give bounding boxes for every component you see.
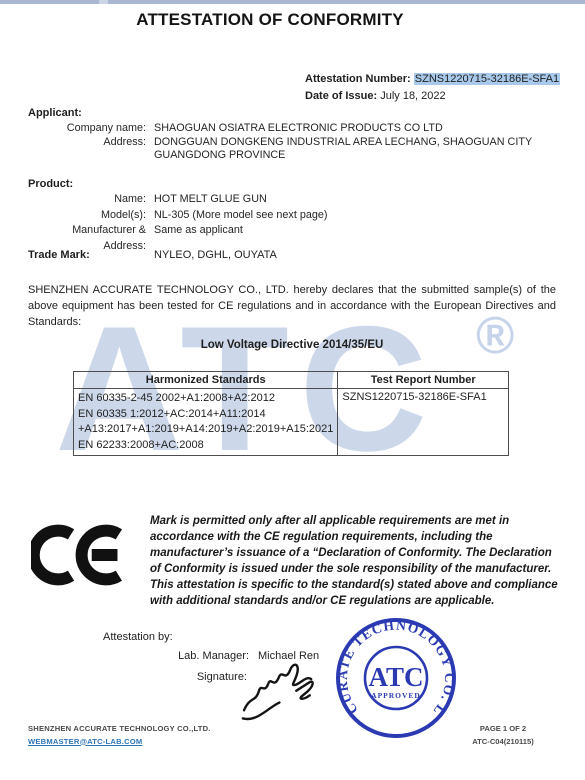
signature-scribble [235, 653, 333, 724]
address-value: DONGGUAN DONGKENG INDUSTRIAL AREA LECHAN… [154, 136, 556, 163]
product-section-label: Product: [28, 178, 73, 190]
date-of-issue-label: Date of Issue: [305, 90, 377, 102]
trade-mark-value: NYLEO, DGHL, OUYATA [154, 249, 277, 261]
atc-approval-stamp: ACCURATE TECHNOLOGY CO. LTD ATC APPROVED [334, 616, 458, 740]
harmonized-standards-header: Harmonized Standards [74, 372, 338, 389]
address-line-1: DONGGUAN DONGKENG INDUSTRIAL AREA LECHAN… [154, 136, 556, 150]
trade-mark-label: Trade Mark: [28, 249, 90, 261]
standard-line-1: EN 60335-2-45 2002+A1:2008+A2:2012 [78, 391, 333, 407]
address-line-2: GUANGDONG PROVINCE [154, 149, 556, 163]
footer-email-link[interactable]: WEBMASTER@ATC-LAB.COM [28, 737, 142, 746]
applicant-fields: Company name: SHAOGUAN OSIATRA ELECTRONI… [28, 122, 556, 163]
stamp-center-text: ATC [368, 662, 423, 692]
attestation-number-label: Attestation Number: [305, 73, 411, 85]
test-report-header: Test Report Number [338, 372, 509, 389]
footer-page-indicator: PAGE 1 OF 2 [448, 723, 558, 736]
attestation-by-label: Attestation by: [103, 631, 173, 643]
footer-page-block: PAGE 1 OF 2 ATC-C04(210115) [448, 723, 558, 748]
attestation-meta: Attestation Number: SZNS1220715-32186E-S… [305, 71, 560, 105]
address-label: Address: [28, 136, 146, 163]
ce-statement-paragraph: Mark is permitted only after all applica… [150, 513, 564, 609]
trade-mark-row: Trade Mark: NYLEO, DGHL, OUYATA [28, 249, 556, 261]
product-fields: Name: HOT MELT GLUE GUN Model(s): NL-305… [28, 192, 556, 254]
window-top-edge [0, 0, 585, 4]
standard-line-4: EN 62233:2008+AC:2008 [78, 438, 333, 454]
page-title: ATTESTATION OF CONFORMITY [30, 10, 510, 30]
window-top-edge-notch [99, 0, 108, 4]
table-body-row: EN 60335-2-45 2002+A1:2008+A2:2012 EN 60… [74, 389, 509, 456]
standard-line-2: EN 60335 1:2012+AC:2014+A11:2014 [78, 407, 333, 423]
footer-company-block: SHENZHEN ACCURATE TECHNOLOGY CO.,LTD. WE… [28, 723, 211, 748]
signature-label: Signature: [101, 671, 247, 683]
date-of-issue-row: Date of Issue: July 18, 2022 [305, 88, 560, 105]
attestation-number-row: Attestation Number: SZNS1220715-32186E-S… [305, 71, 560, 88]
table-header-row: Harmonized Standards Test Report Number [74, 372, 509, 389]
signature-row: Signature: [101, 671, 247, 683]
declaration-paragraph: SHENZHEN ACCURATE TECHNOLOGY CO., LTD. h… [28, 282, 556, 330]
attestation-number-value: SZNS1220715-32186E-SFA1 [414, 73, 560, 85]
directive-title: Low Voltage Directive 2014/35/EU [28, 339, 556, 351]
product-models-label: Model(s): [28, 208, 146, 224]
product-name-value: HOT MELT GLUE GUN [154, 192, 556, 208]
footer-company-name: SHENZHEN ACCURATE TECHNOLOGY CO.,LTD. [28, 723, 211, 736]
standards-table: Harmonized Standards Test Report Number … [73, 371, 509, 456]
test-report-number-cell: SZNS1220715-32186E-SFA1 [338, 389, 509, 456]
ce-mark-logo [31, 518, 123, 592]
lab-manager-label: Lab. Manager: [103, 650, 249, 662]
company-name-value: SHAOGUAN OSIATRA ELECTRONIC PRODUCTS CO … [154, 122, 556, 136]
certificate-page: ATC ® ATTESTATION OF CONFORMITY Attestat… [0, 0, 585, 780]
standard-line-3: +A13:2017+A1:2019+A14:2019+A2:2019+A15:2… [78, 422, 333, 438]
company-name-label: Company name: [28, 122, 146, 136]
applicant-section-label: Applicant: [28, 107, 82, 119]
stamp-approved-text: APPROVED [371, 691, 421, 700]
product-models-value: NL-305 (More model see next page) [154, 208, 556, 224]
product-name-label: Name: [28, 192, 146, 208]
footer-doc-code: ATC-C04(210115) [448, 736, 558, 749]
harmonized-standards-cell: EN 60335-2-45 2002+A1:2008+A2:2012 EN 60… [74, 389, 338, 456]
date-of-issue-value: July 18, 2022 [380, 90, 445, 102]
